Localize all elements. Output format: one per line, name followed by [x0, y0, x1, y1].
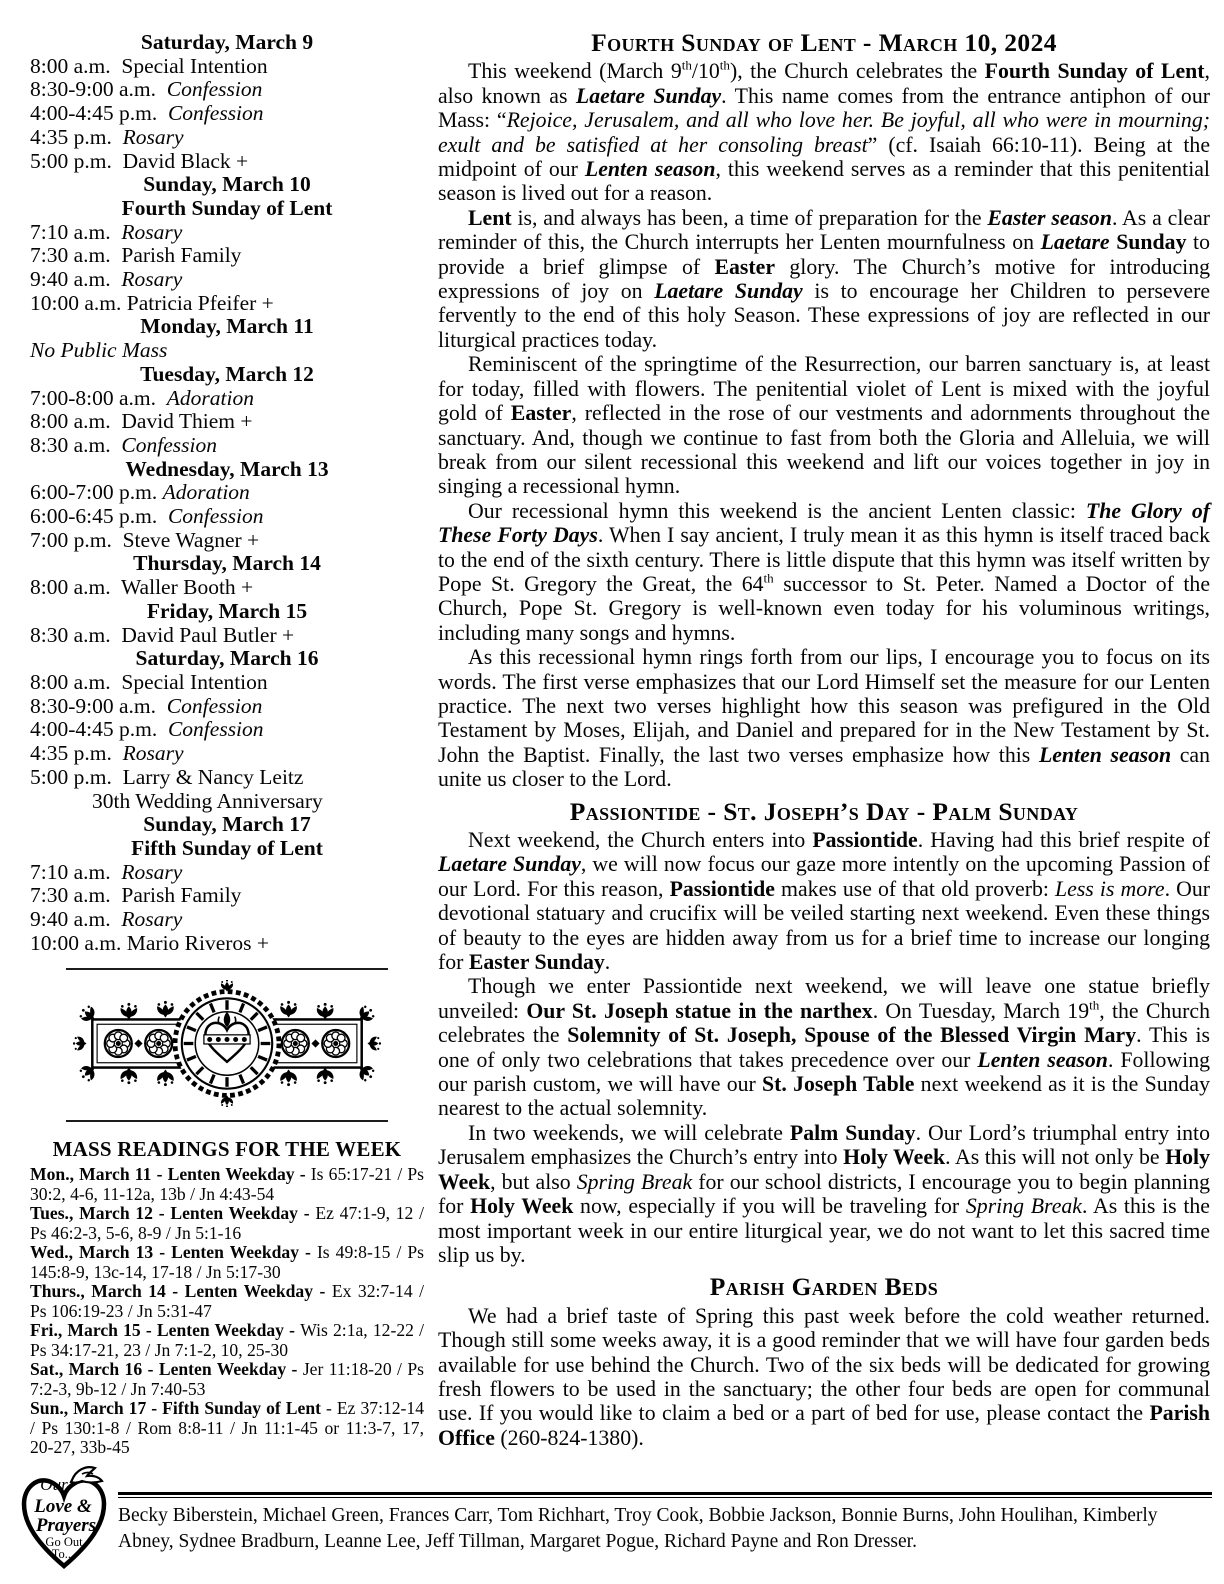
section-heading-garden-beds: Parish Garden Beds	[438, 1275, 1210, 1299]
mass-reading-item: Wed., March 13 - Lenten Weekday - Is 49:…	[30, 1243, 424, 1282]
logo-text-prayers: Prayers	[35, 1515, 96, 1536]
schedule-entry: 8:30-9:00 a.m. Confession	[30, 78, 424, 102]
article-paragraph: Our recessional hymn this weekend is the…	[438, 499, 1210, 645]
article-column: Fourth Sunday of Lent - March 10, 2024 T…	[438, 31, 1210, 1458]
article-paragraph: We had a brief taste of Spring this past…	[438, 1304, 1210, 1450]
left-column: Saturday, March 9 8:00 a.m. Special Inte…	[30, 31, 424, 1458]
section-heading-fourth-sunday: Fourth Sunday of Lent - March 10, 2024	[438, 31, 1210, 55]
schedule-entry: 4:00-4:45 p.m. Confession	[30, 102, 424, 126]
schedule-day-header: Monday, March 11	[30, 315, 424, 339]
schedule-day-header: Thursday, March 14	[30, 552, 424, 576]
schedule-day-header: Fifth Sunday of Lent	[30, 837, 424, 861]
schedule-entry: 8:00 a.m. Special Intention	[30, 55, 424, 79]
schedule-entry: 4:35 p.m. Rosary	[30, 742, 424, 766]
footer-rule	[118, 1492, 1212, 1498]
schedule-entry: 10:00 a.m. Mario Riveros +	[30, 932, 424, 956]
schedule-entry: 9:40 a.m. Rosary	[30, 908, 424, 932]
schedule-entry: 10:00 a.m. Patricia Pfeifer +	[30, 292, 424, 316]
love-prayers-logo: Our Love & Prayers Go Out To...	[16, 1462, 112, 1574]
prayer-names: Becky Biberstein, Michael Green, Frances…	[118, 1503, 1212, 1554]
schedule-day-header: Wednesday, March 13	[30, 458, 424, 482]
schedule-entry: 5:00 p.m. David Black +	[30, 150, 424, 174]
article-paragraph: Reminiscent of the springtime of the Res…	[438, 352, 1210, 498]
schedule-entry: 7:10 a.m. Rosary	[30, 221, 424, 245]
schedule-entry: 8:00 a.m. Waller Booth +	[30, 576, 424, 600]
article-paragraph: Next weekend, the Church enters into Pas…	[438, 828, 1210, 974]
schedule-entry: 7:30 a.m. Parish Family	[30, 244, 424, 268]
logo-text-to: To...	[52, 1547, 74, 1561]
logo-text-love: Love &	[33, 1496, 92, 1517]
schedule-entry: 6:00-7:00 p.m. Adoration	[30, 481, 424, 505]
section-heading-passiontide: Passiontide - St. Joseph’s Day - Palm Su…	[438, 800, 1210, 824]
schedule-day-header: Sunday, March 17	[30, 813, 424, 837]
schedule-entry: 8:30 a.m. David Paul Butler +	[30, 624, 424, 648]
mass-reading-item: Thurs., March 14 - Lenten Weekday - Ex 3…	[30, 1282, 424, 1321]
dove-icon	[71, 1467, 102, 1483]
article-paragraph: This weekend (March 9th/10th), the Churc…	[438, 59, 1210, 205]
schedule-day-header: Saturday, March 16	[30, 647, 424, 671]
schedule-entry: 4:00-4:45 p.m. Confession	[30, 718, 424, 742]
schedule-day-header: Tuesday, March 12	[30, 363, 424, 387]
logo-text-our: Our	[40, 1475, 68, 1494]
schedule-day-header: Saturday, March 9	[30, 31, 424, 55]
mass-reading-item: Sat., March 16 - Lenten Weekday - Jer 11…	[30, 1360, 424, 1399]
mass-readings-title: MASS READINGS FOR THE WEEK	[30, 1137, 424, 1162]
schedule-day-header: Fourth Sunday of Lent	[30, 197, 424, 221]
schedule-entry: 5:00 p.m. Larry & Nancy Leitz	[30, 766, 424, 790]
mass-readings-list: Mon., March 11 - Lenten Weekday - Is 65:…	[30, 1165, 424, 1458]
schedule-day-header: Friday, March 15	[30, 600, 424, 624]
schedule-entry: 8:00 a.m. David Thiem +	[30, 410, 424, 434]
article-paragraph: As this recessional hymn rings forth fro…	[438, 645, 1210, 791]
divider-line-bottom	[66, 1120, 388, 1122]
article-paragraph: Though we enter Passiontide next weekend…	[438, 974, 1210, 1120]
schedule-entry: 6:00-6:45 p.m. Confession	[30, 505, 424, 529]
mass-reading-item: Tues., March 12 - Lenten Weekday - Ez 47…	[30, 1204, 424, 1243]
sacred-heart-ornament	[73, 980, 381, 1107]
ornament-wrap	[30, 980, 424, 1107]
schedule-entry: 7:00 p.m. Steve Wagner +	[30, 529, 424, 553]
schedule-day-header: Sunday, March 10	[30, 173, 424, 197]
mass-reading-item: Sun., March 17 - Fifth Sunday of Lent - …	[30, 1399, 424, 1458]
schedule-entry: 7:00-8:00 a.m. Adoration	[30, 387, 424, 411]
schedule-entry: 9:40 a.m. Rosary	[30, 268, 424, 292]
mass-reading-item: Fri., March 15 - Lenten Weekday - Wis 2:…	[30, 1321, 424, 1360]
schedule-note: No Public Mass	[30, 339, 424, 363]
schedule-entry: 7:10 a.m. Rosary	[30, 861, 424, 885]
mass-reading-item: Mon., March 11 - Lenten Weekday - Is 65:…	[30, 1165, 424, 1204]
prayers-footer: Our Love & Prayers Go Out To... Becky Bi…	[16, 1462, 1212, 1574]
schedule-entry: 8:30-9:00 a.m. Confession	[30, 695, 424, 719]
schedule-entry: 7:30 a.m. Parish Family	[30, 884, 424, 908]
schedule-entry: 8:00 a.m. Special Intention	[30, 671, 424, 695]
schedule-entry: 8:30 a.m. Confession	[30, 434, 424, 458]
schedule-entry: 4:35 p.m. Rosary	[30, 126, 424, 150]
bulletin-page: Saturday, March 9 8:00 a.m. Special Inte…	[0, 0, 1224, 1584]
article-paragraph: In two weekends, we will celebrate Palm …	[438, 1121, 1210, 1267]
article-paragraph: Lent is, and always has been, a time of …	[438, 206, 1210, 352]
schedule-continuation: 30th Wedding Anniversary	[92, 790, 424, 814]
divider-line-top	[66, 968, 388, 970]
mass-schedule: Saturday, March 9 8:00 a.m. Special Inte…	[30, 31, 424, 955]
